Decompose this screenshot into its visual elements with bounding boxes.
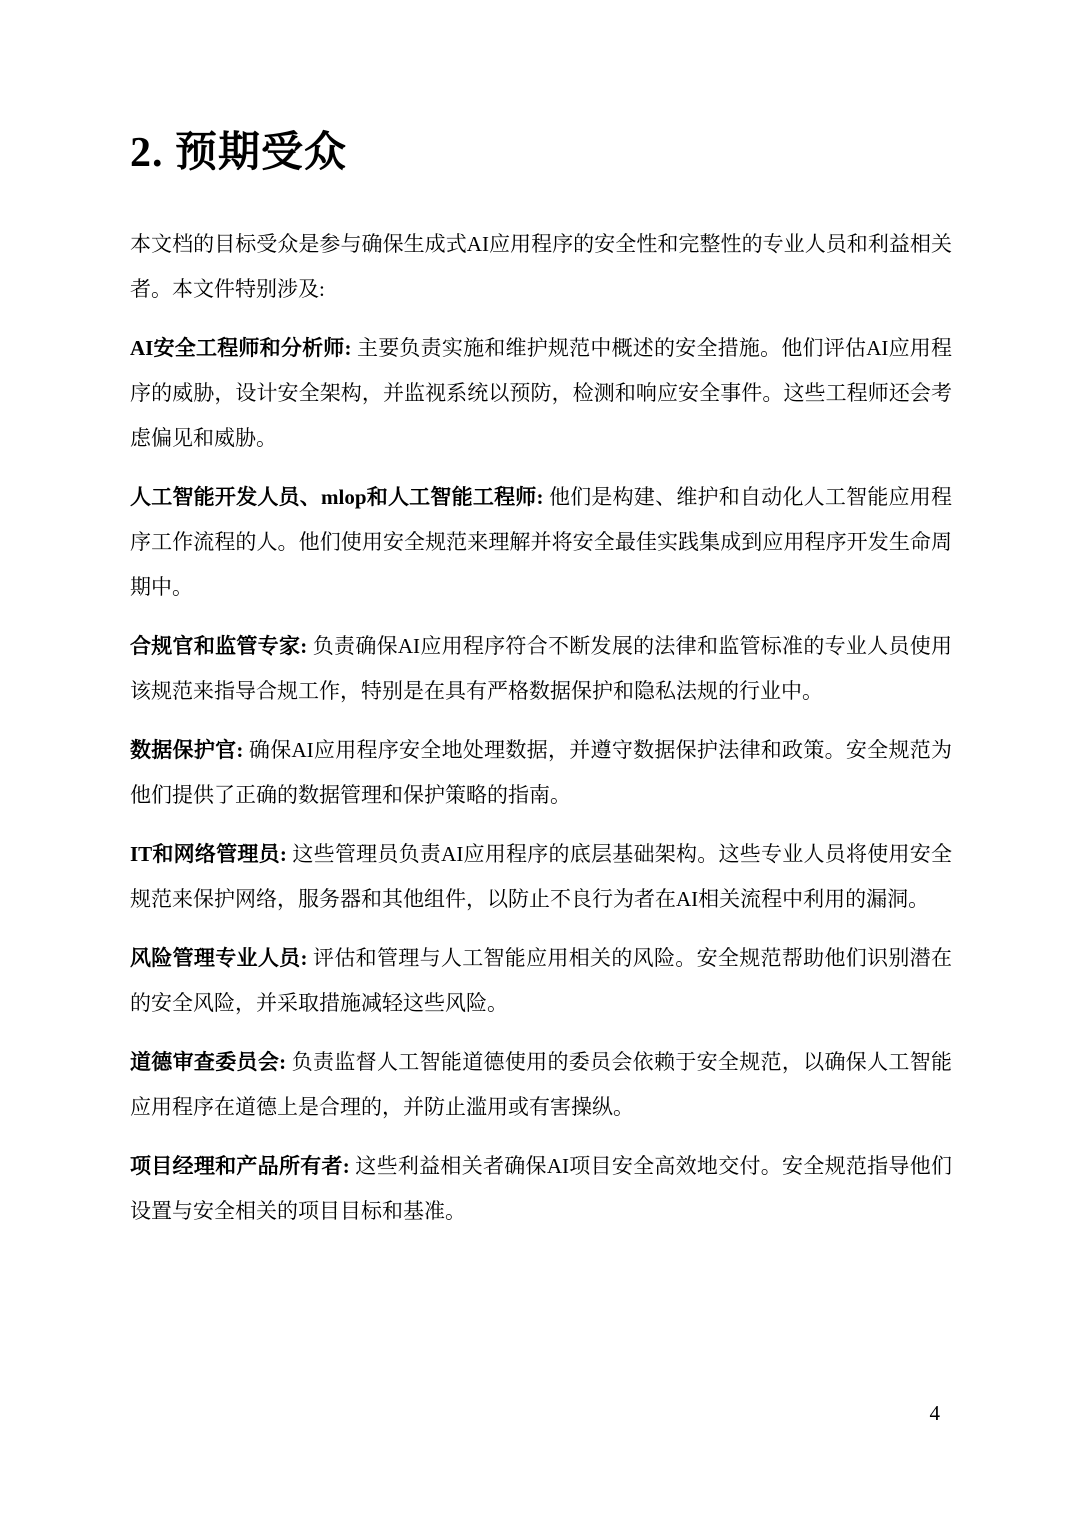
audience-paragraph-risk-management: 风险管理专业人员: 评估和管理与人工智能应用相关的风险。安全规范帮助他们识别潜在… xyxy=(130,936,952,1026)
audience-label: 风险管理专业人员: xyxy=(130,946,307,970)
audience-paragraph-it-network-admins: IT和网络管理员: 这些管理员负责AI应用程序的底层基础架构。这些专业人员将使用… xyxy=(130,832,952,922)
audience-label: 道德审查委员会: xyxy=(130,1050,286,1074)
audience-label: 项目经理和产品所有者: xyxy=(130,1154,350,1178)
audience-paragraph-ai-security-engineers: AI安全工程师和分析师: 主要负责实施和维护规范中概述的安全措施。他们评估AI应… xyxy=(130,326,952,461)
audience-paragraph-data-protection-officers: 数据保护官: 确保AI应用程序安全地处理数据，并遵守数据保护法律和政策。安全规范… xyxy=(130,728,952,818)
audience-label: IT和网络管理员: xyxy=(130,842,287,866)
section-title: 2. 预期受众 xyxy=(130,128,952,178)
intro-text: 本文档的目标受众是参与确保生成式AI应用程序的安全性和完整性的专业人员和利益相关… xyxy=(130,232,952,301)
audience-label: 人工智能开发人员、mlop和人工智能工程师: xyxy=(130,485,544,509)
intro-paragraph: 本文档的目标受众是参与确保生成式AI应用程序的安全性和完整性的专业人员和利益相关… xyxy=(130,222,952,312)
audience-paragraph-compliance-officers: 合规官和监管专家: 负责确保AI应用程序符合不断发展的法律和监管标准的专业人员使… xyxy=(130,624,952,714)
audience-label: AI安全工程师和分析师: xyxy=(130,336,352,360)
page-number: 4 xyxy=(930,1398,941,1428)
audience-label: 数据保护官: xyxy=(130,738,243,762)
audience-paragraph-project-managers: 项目经理和产品所有者: 这些利益相关者确保AI项目安全高效地交付。安全规范指导他… xyxy=(130,1144,952,1234)
document-page: 2. 预期受众 本文档的目标受众是参与确保生成式AI应用程序的安全性和完整性的专… xyxy=(0,0,1080,1526)
audience-label: 合规官和监管专家: xyxy=(130,634,307,658)
audience-text: 确保AI应用程序安全地处理数据，并遵守数据保护法律和政策。安全规范为他们提供了正… xyxy=(130,738,952,807)
audience-paragraph-ethics-review-board: 道德审查委员会: 负责监督人工智能道德使用的委员会依赖于安全规范，以确保人工智能… xyxy=(130,1040,952,1130)
document-content: 2. 预期受众 本文档的目标受众是参与确保生成式AI应用程序的安全性和完整性的专… xyxy=(130,128,952,1248)
audience-paragraph-ai-developers: 人工智能开发人员、mlop和人工智能工程师: 他们是构建、维护和自动化人工智能应… xyxy=(130,475,952,610)
